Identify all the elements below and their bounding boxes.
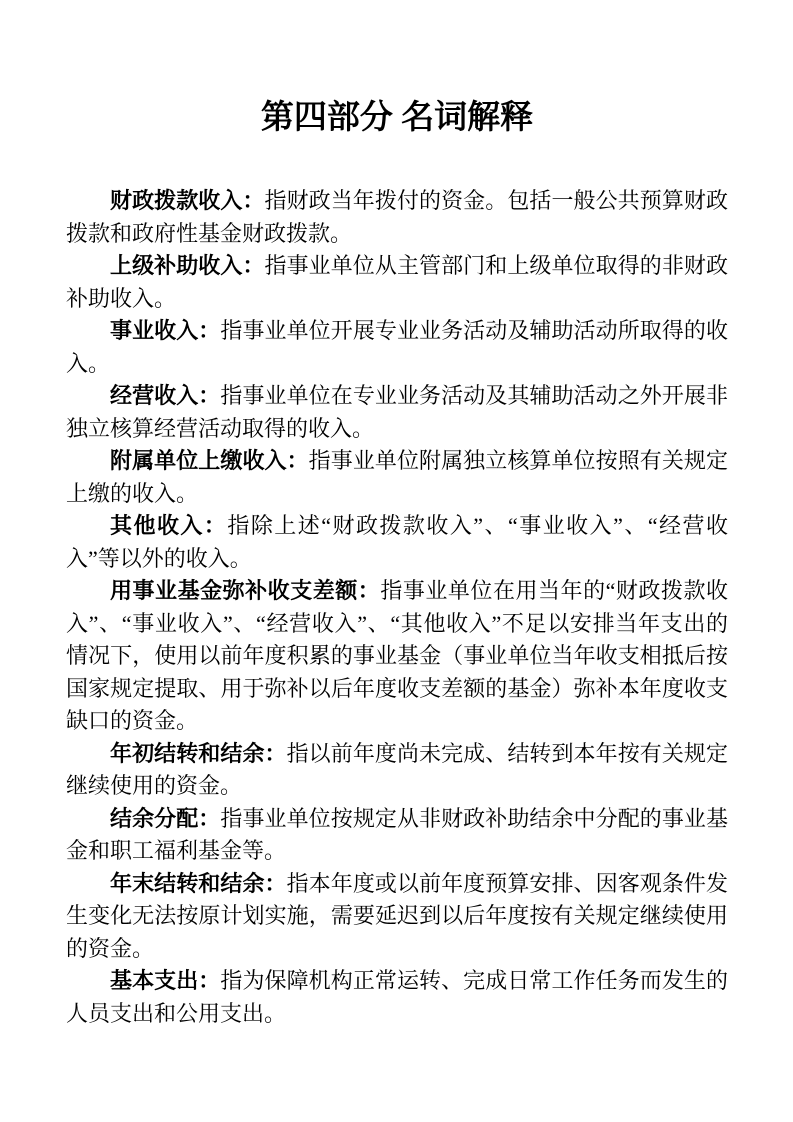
- term-name: 其他收入：: [110, 513, 227, 538]
- term-definition-paragraph: 事业收入：指事业单位开展专业业务活动及辅助活动所取得的收入。: [66, 315, 728, 380]
- terms-list: 财政拨款收入：指财政当年拨付的资金。包括一般公共预算财政拨款和政府性基金财政拨款…: [66, 185, 728, 1030]
- term-definition-paragraph: 财政拨款收入：指财政当年拨付的资金。包括一般公共预算财政拨款和政府性基金财政拨款…: [66, 185, 728, 250]
- term-definition-paragraph: 年初结转和结余：指以前年度尚未完成、结转到本年按有关规定继续使用的资金。: [66, 738, 728, 803]
- term-name: 用事业基金弥补收支差额：: [110, 578, 380, 603]
- term-definition-paragraph: 上级补助收入：指事业单位从主管部门和上级单位取得的非财政补助收入。: [66, 250, 728, 315]
- document-page: 第四部分 名词解释 财政拨款收入：指财政当年拨付的资金。包括一般公共预算财政拨款…: [0, 0, 793, 1122]
- term-name: 年初结转和结余：: [110, 741, 287, 766]
- page-title: 第四部分 名词解释: [66, 97, 728, 139]
- term-definition-paragraph: 附属单位上缴收入：指事业单位附属独立核算单位按照有关规定上缴的收入。: [66, 445, 728, 510]
- term-name: 事业收入：: [110, 318, 220, 343]
- term-definition-paragraph: 年末结转和结余：指本年度或以前年度预算安排、因客观条件发生变化无法按原计划实施，…: [66, 868, 728, 966]
- term-definition-paragraph: 用事业基金弥补收支差额：指事业单位在用当年的“财政拨款收入”、“事业收入”、“经…: [66, 575, 728, 738]
- term-name: 结余分配：: [110, 806, 220, 831]
- term-name: 财政拨款收入：: [110, 188, 265, 213]
- term-name: 上级补助收入：: [110, 253, 265, 278]
- term-name: 附属单位上缴收入：: [110, 448, 309, 473]
- term-definition-paragraph: 经营收入：指事业单位在专业业务活动及其辅助活动之外开展非独立核算经营活动取得的收…: [66, 380, 728, 445]
- term-name: 年末结转和结余：: [110, 871, 287, 896]
- term-definition-paragraph: 其他收入：指除上述“财政拨款收入”、“事业收入”、“经营收入”等以外的收入。: [66, 510, 728, 575]
- term-name: 基本支出：: [110, 968, 220, 993]
- term-definition-paragraph: 结余分配：指事业单位按规定从非财政补助结余中分配的事业基金和职工福利基金等。: [66, 803, 728, 868]
- term-definition-paragraph: 基本支出：指为保障机构正常运转、完成日常工作任务而发生的人员支出和公用支出。: [66, 965, 728, 1030]
- term-name: 经营收入：: [110, 383, 220, 408]
